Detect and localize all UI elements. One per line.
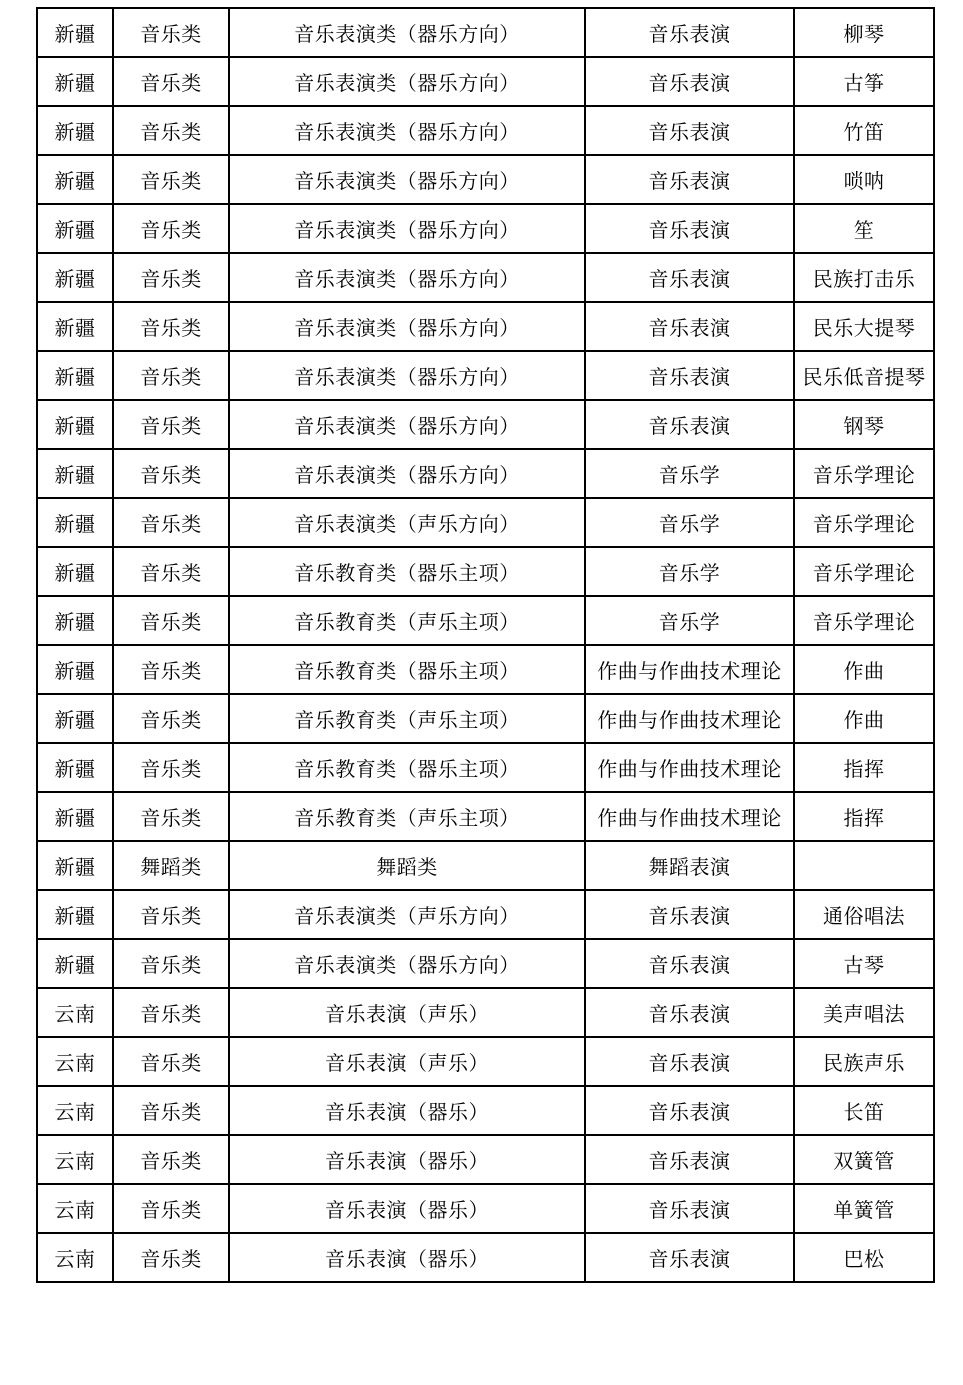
cell-major: 音乐学 [585, 498, 794, 547]
cell-exam-type: 音乐表演类（器乐方向） [229, 449, 585, 498]
cell-direction: 民族打击乐 [794, 253, 934, 302]
table-row: 新疆音乐类音乐表演类（声乐方向）音乐学音乐学理论 [37, 498, 934, 547]
table-row: 云南音乐类音乐表演（声乐）音乐表演美声唱法 [37, 988, 934, 1037]
cell-exam-type: 音乐表演（器乐） [229, 1233, 585, 1282]
cell-direction: 双簧管 [794, 1135, 934, 1184]
cell-exam-type: 音乐表演（器乐） [229, 1135, 585, 1184]
table-row: 新疆音乐类音乐教育类（声乐主项）作曲与作曲技术理论指挥 [37, 792, 934, 841]
cell-exam-type: 音乐教育类（声乐主项） [229, 694, 585, 743]
data-table: 新疆音乐类音乐表演类（器乐方向）音乐表演柳琴新疆音乐类音乐表演类（器乐方向）音乐… [36, 7, 935, 1283]
cell-province: 新疆 [37, 694, 113, 743]
cell-category: 音乐类 [113, 302, 229, 351]
table-row: 新疆音乐类音乐表演类（器乐方向）音乐学音乐学理论 [37, 449, 934, 498]
cell-major: 音乐表演 [585, 939, 794, 988]
cell-category: 音乐类 [113, 939, 229, 988]
cell-exam-type: 音乐表演类（器乐方向） [229, 302, 585, 351]
cell-province: 新疆 [37, 449, 113, 498]
cell-category: 音乐类 [113, 449, 229, 498]
cell-exam-type: 音乐表演类（声乐方向） [229, 890, 585, 939]
table-row: 新疆音乐类音乐表演类（器乐方向）音乐表演钢琴 [37, 400, 934, 449]
cell-direction: 通俗唱法 [794, 890, 934, 939]
cell-category: 音乐类 [113, 204, 229, 253]
cell-major: 音乐学 [585, 596, 794, 645]
cell-major: 音乐学 [585, 449, 794, 498]
cell-major: 音乐学 [585, 547, 794, 596]
cell-direction: 古筝 [794, 57, 934, 106]
cell-exam-type: 音乐表演类（器乐方向） [229, 8, 585, 57]
table-row: 新疆音乐类音乐表演类（器乐方向）音乐表演民乐大提琴 [37, 302, 934, 351]
cell-direction: 民乐低音提琴 [794, 351, 934, 400]
cell-province: 新疆 [37, 596, 113, 645]
cell-province: 新疆 [37, 57, 113, 106]
cell-exam-type: 音乐教育类（器乐主项） [229, 743, 585, 792]
table-row: 新疆音乐类音乐表演类（器乐方向）音乐表演民乐低音提琴 [37, 351, 934, 400]
cell-direction: 作曲 [794, 645, 934, 694]
cell-direction: 音乐学理论 [794, 498, 934, 547]
cell-province: 云南 [37, 1037, 113, 1086]
cell-exam-type: 音乐表演（器乐） [229, 1086, 585, 1135]
table-row: 新疆音乐类音乐表演类（器乐方向）音乐表演竹笛 [37, 106, 934, 155]
cell-category: 音乐类 [113, 743, 229, 792]
cell-exam-type: 音乐教育类（器乐主项） [229, 645, 585, 694]
cell-direction: 柳琴 [794, 8, 934, 57]
cell-province: 新疆 [37, 890, 113, 939]
cell-category: 音乐类 [113, 106, 229, 155]
cell-province: 新疆 [37, 645, 113, 694]
cell-direction: 钢琴 [794, 400, 934, 449]
table-row: 云南音乐类音乐表演（器乐）音乐表演巴松 [37, 1233, 934, 1282]
cell-major: 音乐表演 [585, 1037, 794, 1086]
cell-exam-type: 音乐教育类（声乐主项） [229, 596, 585, 645]
cell-province: 新疆 [37, 743, 113, 792]
cell-province: 新疆 [37, 547, 113, 596]
table-body: 新疆音乐类音乐表演类（器乐方向）音乐表演柳琴新疆音乐类音乐表演类（器乐方向）音乐… [37, 8, 934, 1282]
cell-major: 音乐表演 [585, 400, 794, 449]
cell-direction: 笙 [794, 204, 934, 253]
cell-major: 作曲与作曲技术理论 [585, 694, 794, 743]
cell-exam-type: 音乐教育类（声乐主项） [229, 792, 585, 841]
table-row: 云南音乐类音乐表演（器乐）音乐表演双簧管 [37, 1135, 934, 1184]
cell-major: 音乐表演 [585, 1086, 794, 1135]
cell-major: 音乐表演 [585, 57, 794, 106]
cell-category: 音乐类 [113, 1135, 229, 1184]
cell-direction: 作曲 [794, 694, 934, 743]
cell-exam-type: 音乐表演类（器乐方向） [229, 253, 585, 302]
cell-direction: 民乐大提琴 [794, 302, 934, 351]
cell-province: 新疆 [37, 302, 113, 351]
cell-direction: 唢呐 [794, 155, 934, 204]
cell-major: 音乐表演 [585, 302, 794, 351]
cell-direction: 古琴 [794, 939, 934, 988]
table-row: 新疆音乐类音乐表演类（器乐方向）音乐表演笙 [37, 204, 934, 253]
table-row: 新疆音乐类音乐表演类（声乐方向）音乐表演通俗唱法 [37, 890, 934, 939]
cell-major: 作曲与作曲技术理论 [585, 645, 794, 694]
cell-category: 音乐类 [113, 547, 229, 596]
cell-category: 音乐类 [113, 596, 229, 645]
table-row: 云南音乐类音乐表演（声乐）音乐表演民族声乐 [37, 1037, 934, 1086]
table-row: 新疆音乐类音乐表演类（器乐方向）音乐表演古琴 [37, 939, 934, 988]
cell-province: 新疆 [37, 253, 113, 302]
cell-exam-type: 音乐表演（声乐） [229, 1037, 585, 1086]
cell-category: 音乐类 [113, 1086, 229, 1135]
cell-major: 舞蹈表演 [585, 841, 794, 890]
cell-province: 新疆 [37, 841, 113, 890]
cell-province: 新疆 [37, 351, 113, 400]
cell-direction [794, 841, 934, 890]
cell-category: 音乐类 [113, 400, 229, 449]
cell-major: 音乐表演 [585, 8, 794, 57]
table-row: 新疆舞蹈类舞蹈类舞蹈表演 [37, 841, 934, 890]
cell-province: 新疆 [37, 155, 113, 204]
cell-major: 音乐表演 [585, 1233, 794, 1282]
cell-major: 音乐表演 [585, 890, 794, 939]
cell-province: 云南 [37, 1135, 113, 1184]
cell-major: 音乐表演 [585, 204, 794, 253]
cell-exam-type: 音乐表演类（器乐方向） [229, 939, 585, 988]
table-row: 新疆音乐类音乐教育类（器乐主项）作曲与作曲技术理论指挥 [37, 743, 934, 792]
cell-major: 音乐表演 [585, 155, 794, 204]
cell-category: 音乐类 [113, 645, 229, 694]
cell-exam-type: 音乐表演类（器乐方向） [229, 204, 585, 253]
cell-category: 舞蹈类 [113, 841, 229, 890]
cell-exam-type: 音乐表演（器乐） [229, 1184, 585, 1233]
cell-direction: 音乐学理论 [794, 547, 934, 596]
cell-province: 新疆 [37, 400, 113, 449]
cell-province: 新疆 [37, 792, 113, 841]
cell-exam-type: 音乐表演类（器乐方向） [229, 57, 585, 106]
cell-province: 新疆 [37, 106, 113, 155]
cell-major: 音乐表演 [585, 253, 794, 302]
cell-direction: 美声唱法 [794, 988, 934, 1037]
cell-province: 新疆 [37, 939, 113, 988]
cell-exam-type: 音乐表演类（器乐方向） [229, 400, 585, 449]
cell-direction: 巴松 [794, 1233, 934, 1282]
cell-category: 音乐类 [113, 351, 229, 400]
cell-category: 音乐类 [113, 1233, 229, 1282]
cell-major: 音乐表演 [585, 988, 794, 1037]
cell-category: 音乐类 [113, 1037, 229, 1086]
cell-major: 音乐表演 [585, 1184, 794, 1233]
cell-direction: 长笛 [794, 1086, 934, 1135]
cell-exam-type: 音乐表演类（器乐方向） [229, 351, 585, 400]
cell-category: 音乐类 [113, 8, 229, 57]
cell-major: 音乐表演 [585, 106, 794, 155]
cell-exam-type: 舞蹈类 [229, 841, 585, 890]
cell-exam-type: 音乐表演类（器乐方向） [229, 106, 585, 155]
cell-direction: 音乐学理论 [794, 596, 934, 645]
cell-category: 音乐类 [113, 988, 229, 1037]
cell-direction: 音乐学理论 [794, 449, 934, 498]
cell-exam-type: 音乐表演（声乐） [229, 988, 585, 1037]
cell-direction: 竹笛 [794, 106, 934, 155]
cell-direction: 指挥 [794, 792, 934, 841]
cell-category: 音乐类 [113, 792, 229, 841]
cell-category: 音乐类 [113, 253, 229, 302]
cell-province: 新疆 [37, 498, 113, 547]
cell-province: 云南 [37, 1233, 113, 1282]
table-row: 新疆音乐类音乐教育类（器乐主项）作曲与作曲技术理论作曲 [37, 645, 934, 694]
cell-direction: 民族声乐 [794, 1037, 934, 1086]
table-row: 新疆音乐类音乐教育类（声乐主项）音乐学音乐学理论 [37, 596, 934, 645]
cell-major: 作曲与作曲技术理论 [585, 743, 794, 792]
table-row: 云南音乐类音乐表演（器乐）音乐表演单簧管 [37, 1184, 934, 1233]
table-row: 新疆音乐类音乐表演类（器乐方向）音乐表演唢呐 [37, 155, 934, 204]
cell-category: 音乐类 [113, 890, 229, 939]
cell-major: 作曲与作曲技术理论 [585, 792, 794, 841]
cell-province: 云南 [37, 1086, 113, 1135]
table-row: 新疆音乐类音乐表演类（器乐方向）音乐表演古筝 [37, 57, 934, 106]
cell-major: 音乐表演 [585, 1135, 794, 1184]
cell-major: 音乐表演 [585, 351, 794, 400]
cell-exam-type: 音乐表演类（声乐方向） [229, 498, 585, 547]
cell-province: 云南 [37, 1184, 113, 1233]
cell-category: 音乐类 [113, 1184, 229, 1233]
cell-province: 新疆 [37, 8, 113, 57]
cell-category: 音乐类 [113, 498, 229, 547]
cell-category: 音乐类 [113, 57, 229, 106]
table-row: 新疆音乐类音乐教育类（声乐主项）作曲与作曲技术理论作曲 [37, 694, 934, 743]
cell-exam-type: 音乐表演类（器乐方向） [229, 155, 585, 204]
cell-province: 云南 [37, 988, 113, 1037]
cell-direction: 指挥 [794, 743, 934, 792]
table-row: 云南音乐类音乐表演（器乐）音乐表演长笛 [37, 1086, 934, 1135]
cell-category: 音乐类 [113, 155, 229, 204]
cell-province: 新疆 [37, 204, 113, 253]
cell-direction: 单簧管 [794, 1184, 934, 1233]
cell-exam-type: 音乐教育类（器乐主项） [229, 547, 585, 596]
table-row: 新疆音乐类音乐表演类（器乐方向）音乐表演柳琴 [37, 8, 934, 57]
table-row: 新疆音乐类音乐表演类（器乐方向）音乐表演民族打击乐 [37, 253, 934, 302]
cell-category: 音乐类 [113, 694, 229, 743]
table-row: 新疆音乐类音乐教育类（器乐主项）音乐学音乐学理论 [37, 547, 934, 596]
